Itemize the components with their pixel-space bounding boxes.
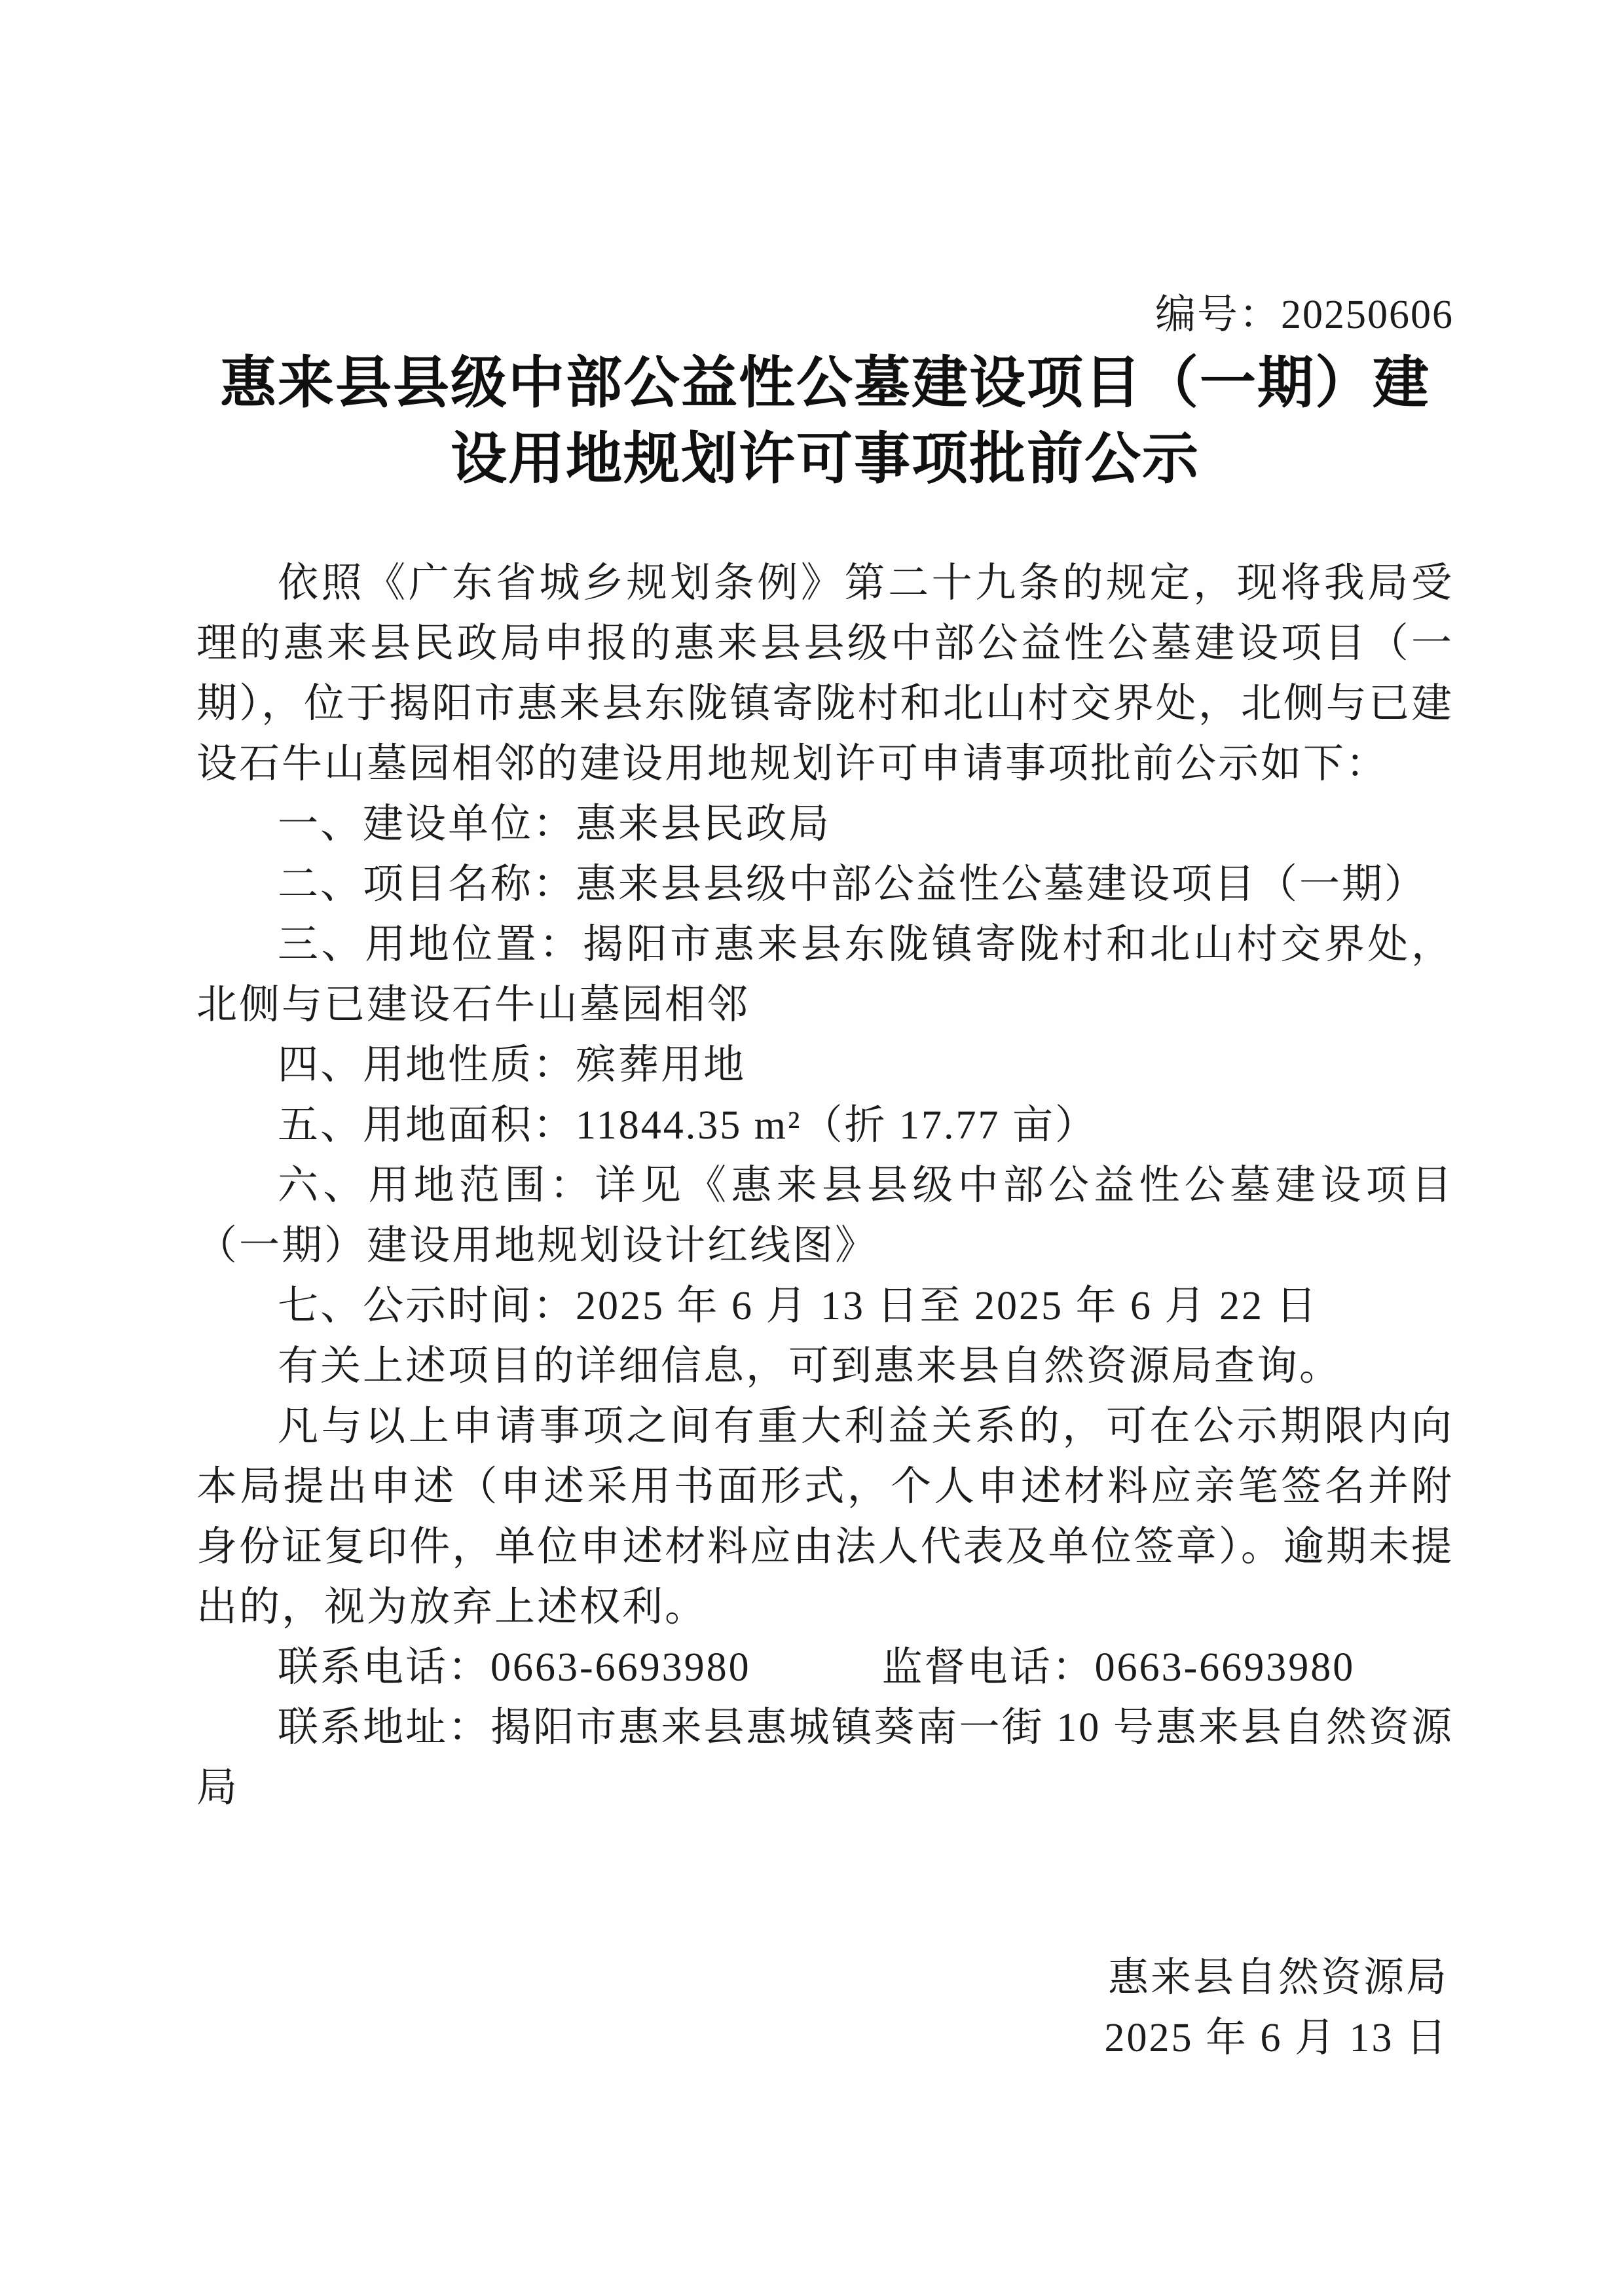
item-publicity-period: 七、公示时间：2025 年 6 月 13 日至 2025 年 6 月 22 日 — [196, 1276, 1454, 1336]
contact-phone: 联系电话：0663-6693980 — [278, 1645, 751, 1690]
issuer-signature: 惠来县自然资源局 — [196, 1948, 1449, 2008]
document-content: 编号：20250606 惠来县县级中部公益性公墓建设项目（一期）建设用地规划许可… — [196, 0, 1454, 2068]
intro-paragraph: 依照《广东省城乡规划条例》第二十九条的规定，现将我局受理的惠来县民政局申报的惠来… — [196, 553, 1454, 794]
item-land-scope: 六、用地范围：详见《惠来县县级中部公益性公墓建设项目（一期）建设用地规划设计红线… — [196, 1156, 1454, 1276]
contact-phone-line: 联系电话：0663-6693980监督电话：0663-6693980 — [196, 1637, 1454, 1698]
item-land-use-type: 四、用地性质：殡葬用地 — [196, 1035, 1454, 1095]
signature-block: 惠来县自然资源局 2025 年 6 月 13 日 — [196, 1948, 1454, 2068]
doc-title: 惠来县县级中部公益性公墓建设项目（一期）建设用地规划许可事项批前公示 — [196, 345, 1454, 497]
item-construction-unit: 一、建设单位：惠来县民政局 — [196, 794, 1454, 854]
doc-number: 编号：20250606 — [196, 285, 1454, 345]
item-land-location: 三、用地位置：揭阳市惠来县东陇镇寄陇村和北山村交界处，北侧与已建设石牛山墓园相邻 — [196, 915, 1454, 1035]
contact-address: 联系地址：揭阳市惠来县惠城镇葵南一街 10 号惠来县自然资源局 — [196, 1698, 1454, 1818]
scanned-document-page: 编号：20250606 惠来县县级中部公益性公墓建设项目（一期）建设用地规划许可… — [0, 0, 1624, 2296]
item-project-name: 二、项目名称：惠来县县级中部公益性公墓建设项目（一期） — [196, 854, 1454, 915]
supervision-phone: 监督电话：0663-6693980 — [882, 1645, 1356, 1690]
item-land-area: 五、用地面积：11844.35 m²（折 17.77 亩） — [196, 1095, 1454, 1156]
issue-date: 2025 年 6 月 13 日 — [196, 2008, 1449, 2068]
info-line: 有关上述项目的详细信息，可到惠来县自然资源局查询。 — [196, 1336, 1454, 1396]
objection-paragraph: 凡与以上申请事项之间有重大利益关系的，可在公示期限内向本局提出申述（申述采用书面… — [196, 1396, 1454, 1637]
